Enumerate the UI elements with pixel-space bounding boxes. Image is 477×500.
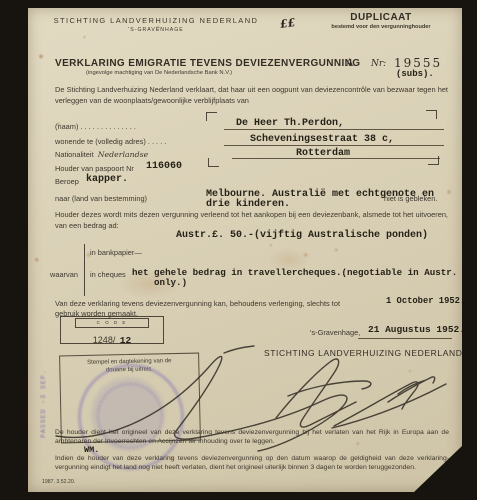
profession-label: Beroep bbox=[55, 177, 79, 186]
address-underline bbox=[224, 145, 444, 146]
stichting-dash-stroke bbox=[224, 346, 254, 353]
title-series: A bbox=[346, 58, 353, 69]
duplicate-sub: bestemd voor den vergunninghouder bbox=[314, 24, 448, 30]
nationality-value: Nederlandse bbox=[98, 150, 149, 159]
profession-value: kapper. bbox=[86, 174, 128, 185]
bankpaper-label: in bankpapier— bbox=[90, 248, 142, 257]
org-city: 'S-GRAVENHAGE bbox=[52, 27, 260, 33]
cheques-label: in cheques bbox=[90, 270, 126, 279]
page-number: 2 bbox=[426, 480, 430, 487]
org-header: STICHTING LANDVERHUIZING NEDERLAND 'S-GR… bbox=[52, 16, 260, 33]
city-underline bbox=[232, 158, 440, 159]
handwritten-mark: ££ bbox=[279, 16, 296, 31]
passport-label: Houder van paspoort Nr bbox=[55, 164, 134, 173]
corner-mark-top-right bbox=[426, 110, 437, 119]
intro-paragraph: De Stichting Landverhuizing Nederland ve… bbox=[55, 85, 448, 106]
cheques-value-line2: only.) bbox=[154, 277, 187, 288]
validity-date: 1 October 1952. bbox=[386, 296, 465, 306]
title-authorization: (ingevolge machtiging van De Nederlandsc… bbox=[86, 70, 232, 76]
passport-value: 116060 bbox=[146, 161, 182, 172]
name-underline bbox=[224, 129, 444, 130]
title-nr-label: Nr: bbox=[371, 59, 386, 69]
corner-mark-bottom-left bbox=[208, 158, 219, 167]
permit-number-subs: (subs). bbox=[396, 69, 434, 79]
code-box-label: C O D E bbox=[75, 318, 149, 328]
form-code: 1987. 3.52.20. bbox=[42, 479, 75, 485]
declaration-closing: niet is gebleken. bbox=[384, 194, 437, 203]
org-name: STICHTING LANDVERHUIZING NEDERLAND bbox=[52, 16, 260, 25]
footer-note-1: De houder dient het origineel van deze v… bbox=[55, 428, 449, 446]
signature-right bbox=[332, 377, 446, 428]
amount-value: Austr.£. 50.-(vijftig Australische ponde… bbox=[176, 230, 428, 241]
nationality-label: Nationaliteit bbox=[55, 150, 94, 159]
document-title: VERKLARING EMIGRATIE TEVENS DEVIEZENVERG… bbox=[55, 58, 360, 69]
footer-note-2: Indien de houder van deze verklaring tev… bbox=[55, 454, 449, 472]
breakdown-rule bbox=[84, 244, 85, 296]
issue-date: 21 Augustus 1952. bbox=[368, 324, 465, 335]
duplicate-block: DUPLICAAT bestemd voor den vergunninghou… bbox=[314, 12, 448, 30]
permit-number: 19555 bbox=[394, 56, 442, 70]
validity-text-before: Van deze verklaring tevens deviezenvergu… bbox=[55, 299, 340, 308]
document-page: STICHTING LANDVERHUIZING NEDERLAND 'S-GR… bbox=[28, 8, 462, 492]
corner-mark-top-left bbox=[206, 112, 217, 121]
name-value: De Heer Th.Perdon, bbox=[236, 118, 344, 129]
destination-value-line2: drie kinderen. bbox=[206, 199, 290, 210]
signature-left bbox=[276, 359, 371, 427]
issue-place: 's-Gravenhage, bbox=[310, 328, 360, 337]
name-label: (naam) . . . . . . . . . . . . . . bbox=[55, 122, 136, 131]
grant-paragraph: Houder dezes wordt mits dezen vergunning… bbox=[55, 210, 448, 231]
nationality-row: Nationaliteit Nederlandse bbox=[55, 150, 148, 159]
address-value: Scheveningsestraat 38 c, bbox=[250, 134, 394, 145]
destination-label: naar (land van bestemming) bbox=[55, 194, 147, 203]
duplicate-label: DUPLICAAT bbox=[314, 12, 448, 23]
address-label: wonende te (volledig adres) . . . . . bbox=[55, 137, 166, 146]
breakdown-label: waarvan bbox=[50, 270, 78, 279]
